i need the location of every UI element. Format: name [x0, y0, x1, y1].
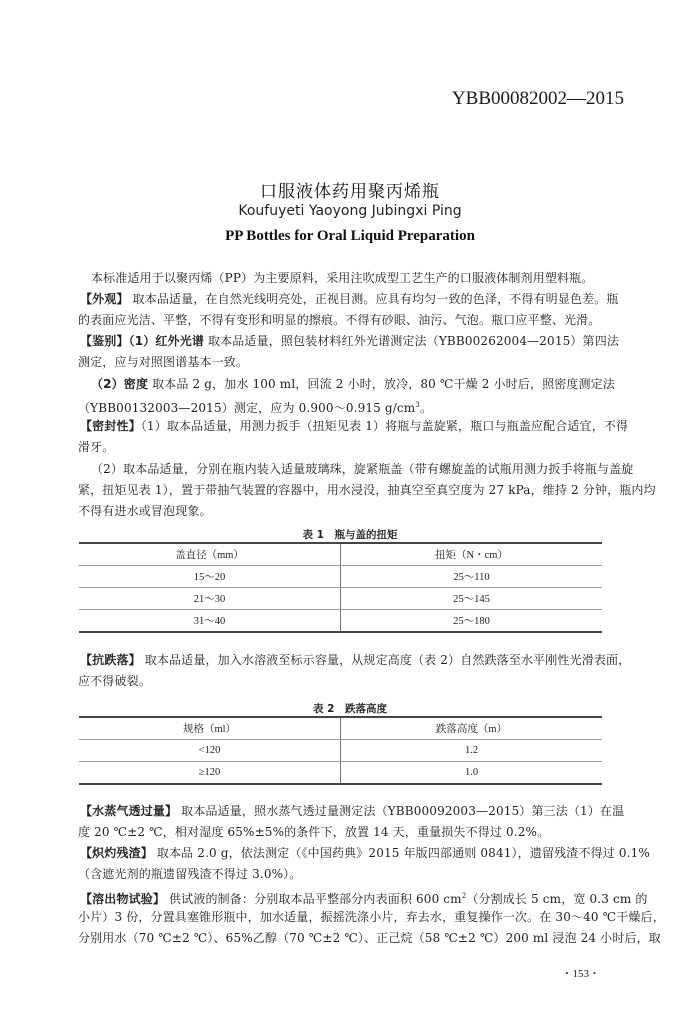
table-cell: 15～20: [79, 566, 341, 588]
appearance-line-2: 的表面应光洁、平整，不得有变形和明显的擦痕。不得有砂眼、油污、气泡。瓶口应平整、…: [78, 313, 608, 327]
table1-caption: 表 1 瓶与盖的扭矩: [0, 527, 700, 542]
table-row: 21～30 25～145: [79, 588, 602, 610]
sealing-label: 【密封性】: [80, 419, 141, 433]
table2-caption: 表 2 跌落高度: [0, 701, 700, 716]
table-header-cell: 盖直径（mm）: [79, 543, 341, 566]
table-cell: 31～40: [79, 610, 341, 633]
identification-label: 【鉴别】（1）红外光谱: [80, 334, 204, 348]
ash-line-2: （含遮光剂的瓶遗留残渣不得过 3.0%）。: [78, 867, 608, 881]
table-cell: 1.2: [341, 740, 603, 762]
table-row: 15～20 25～110: [79, 566, 602, 588]
table-cell: <120: [79, 740, 341, 762]
drop-paragraph: 【抗跌落】 取本品适量，加入水溶液至标示容量，从规定高度（表 2）自然跌落至水平…: [80, 653, 610, 667]
sealing-2-line-3: 不得有进水或冒泡现象。: [78, 504, 608, 518]
appearance-label: 【外观】: [80, 292, 129, 306]
title-chinese: 口服液体药用聚丙烯瓶: [0, 177, 700, 202]
table-cell: 25～145: [341, 588, 603, 610]
table-header-cell: 跌落高度（m）: [341, 717, 603, 740]
vapor-paragraph: 【水蒸气透过量】 取本品适量，照水蒸气透过量测定法（YBB00092003—20…: [80, 804, 610, 818]
density-paragraph: （2）密度 取本品 2 g，加水 100 ml，回流 2 小时，放冷，80 ℃干…: [91, 377, 621, 391]
table-cell: 1.0: [341, 762, 603, 785]
table-cell: 25～180: [341, 610, 603, 633]
intro-paragraph: 本标准适用于以聚丙烯（PP）为主要原料，采用注吹成型工艺生产的口服液体制剂用塑料…: [91, 271, 608, 285]
extractables-line-3: 分别用水（70 ℃±2 ℃）、65%乙醇（70 ℃±2 ℃）、正己烷（58 ℃±…: [78, 931, 608, 945]
sealing-line-2: 滑牙。: [78, 440, 608, 454]
drop-label: 【抗跌落】: [80, 653, 141, 667]
table-cell: ≥120: [79, 762, 341, 785]
sealing-paragraph: 【密封性】（1）取本品适量，用测力扳手（扭矩见表 1）将瓶与盖旋紧，瓶口与瓶盖应…: [80, 419, 610, 433]
ash-paragraph: 【炽灼残渣】 取本品 2.0 g，依法测定（《中国药典》2015 年版四部通则 …: [80, 846, 610, 860]
density-label: （2）密度: [91, 377, 148, 391]
page-number: ・153・: [562, 965, 601, 981]
table-header-row: 规格（ml） 跌落高度（m）: [79, 717, 602, 740]
table-cell: 25～110: [341, 566, 603, 588]
identification-paragraph: 【鉴别】（1）红外光谱 取本品适量，照包装材料红外光谱测定法（YBB002620…: [80, 334, 610, 348]
table-row: 31～40 25～180: [79, 610, 602, 633]
torque-table: 盖直径（mm） 扭矩（N・cm） 15～20 25～110 21～30 25～1…: [79, 542, 602, 633]
appearance-paragraph: 【外观】 取本品适量，在自然光线明亮处，正视目测。应具有均匀一致的色泽，不得有明…: [80, 292, 610, 306]
vapor-line-2: 度 20 ℃±2 ℃，相对湿度 65%±5%的条件下，放置 14 天，重量损失不…: [78, 825, 608, 839]
identification-line-2: 测定，应与对照图谱基本一致。: [78, 355, 608, 369]
ash-label: 【炽灼残渣】: [80, 846, 153, 860]
sealing-2-line-1: （2）取本品适量，分别在瓶内装入适量玻璃珠，旋紧瓶盖（带有螺旋盖的试瓶用测力扳手…: [91, 462, 608, 476]
drop-height-table: 规格（ml） 跌落高度（m） <120 1.2 ≥120 1.0: [79, 716, 602, 785]
extractables-label: 【溶出物试验】: [80, 892, 165, 906]
extractables-paragraph: 【溶出物试验】 供试液的制备：分别取本品平整部分内表面积 600 cm2（分割成…: [80, 889, 610, 906]
table-row: ≥120 1.0: [79, 762, 602, 785]
table-row: <120 1.2: [79, 740, 602, 762]
drop-line-2: 应不得破裂。: [78, 674, 608, 688]
table-header-cell: 规格（ml）: [79, 717, 341, 740]
table-header-row: 盖直径（mm） 扭矩（N・cm）: [79, 543, 602, 566]
density-line-2: （YBB00132003—2015）测定，应为 0.900～0.915 g/cm…: [78, 398, 608, 415]
extractables-line-2: 小片）3 份，分置具塞锥形瓶中，加水适量，振摇洗涤小片，弃去水，重复操作一次。在…: [78, 910, 608, 924]
title-pinyin: Koufuyeti Yaoyong Jubingxi Ping: [0, 203, 700, 219]
vapor-label: 【水蒸气透过量】: [80, 804, 177, 818]
title-english: PP Bottles for Oral Liquid Preparation: [0, 228, 700, 245]
standard-code: YBB00082002—2015: [0, 88, 624, 110]
sealing-2-line-2: 紧，扭矩见表 1），置于带抽气装置的容器中，用水浸没，抽真空至真空度为 27 k…: [78, 483, 608, 497]
table-header-cell: 扭矩（N・cm）: [341, 543, 603, 566]
table-cell: 21～30: [79, 588, 341, 610]
